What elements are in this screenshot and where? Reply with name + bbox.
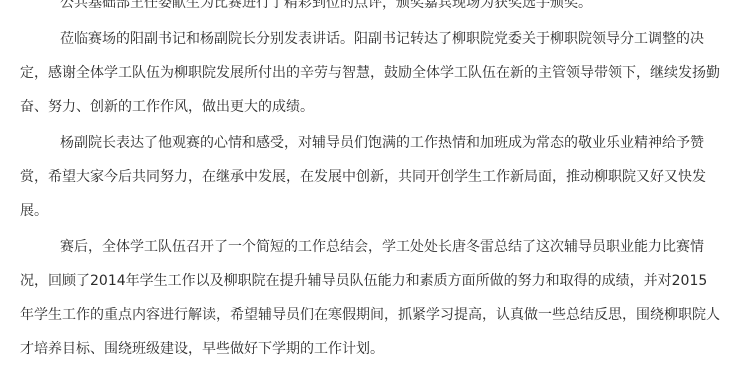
paragraph-awards: 公共基础部王任委献生为比赛进行了精彩到位的点评，颁奖嘉宾现场为获奖选手颁奖。 bbox=[20, 0, 720, 20]
paragraph-summary-meeting: 赛后，全体学工队伍召开了一个简短的工作总结会，学工处处长唐冬雷总结了这次辅导员职… bbox=[20, 230, 720, 366]
paragraph-leader-speeches: 莅临赛场的阳副书记和杨副院长分别发表讲话。阳副书记转达了柳职院党委关于柳职院领导… bbox=[20, 22, 720, 124]
article-body: 公共基础部王任委献生为比赛进行了精彩到位的点评，颁奖嘉宾现场为获奖选手颁奖。 莅… bbox=[20, 0, 720, 366]
paragraph-vice-president-remarks: 杨副院长表达了他观赛的心情和感受，对辅导员们饱满的工作热情和加班成为常态的敬业乐… bbox=[20, 126, 720, 228]
